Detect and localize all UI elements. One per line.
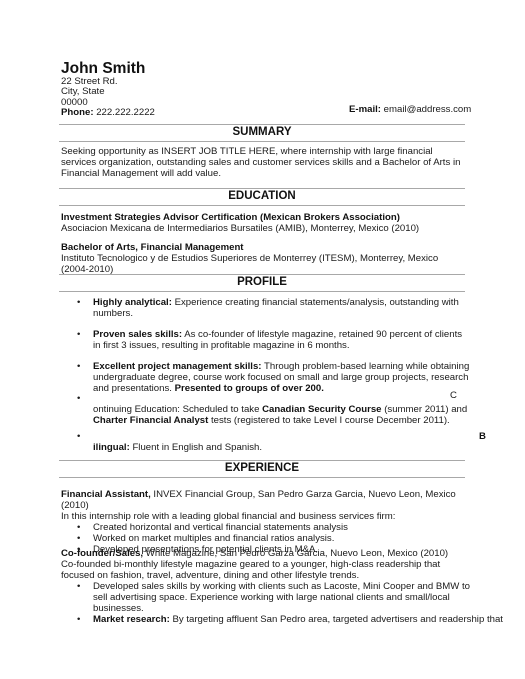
bullet-icon: • bbox=[77, 431, 80, 442]
profile-list: •Highly analytical: Experience creating … bbox=[61, 297, 471, 404]
job-heading: Co-founder/Sales, White Magazine, San Pe… bbox=[61, 548, 471, 559]
profile-item-emphasis: Presented to groups of over 200. bbox=[175, 383, 324, 394]
section-header-experience: EXPERIENCE bbox=[59, 460, 465, 478]
email-line: E-mail: email@address.com bbox=[349, 104, 471, 115]
job-bullet-text: Developed sales skills by working with c… bbox=[93, 581, 470, 614]
education-institution: Instituto Tecnologico y de Estudios Supe… bbox=[61, 253, 465, 275]
job-bullet: •Developed sales skills by working with … bbox=[61, 581, 471, 614]
bullet-icon: • bbox=[77, 522, 80, 533]
job-title: Co-founder/Sales, bbox=[61, 548, 143, 559]
text-emphasis: Charter Financial Analyst bbox=[93, 415, 208, 426]
contact-block: 22 Street Rd. City, State 00000 Phone: 2… bbox=[61, 77, 155, 118]
email-label: E-mail: bbox=[349, 104, 381, 115]
profile-item-text: ilingual: Fluent in English and Spanish. bbox=[93, 442, 475, 453]
education-entry: Bachelor of Arts, Financial Management I… bbox=[61, 242, 465, 275]
job-bullet-text: Created horizontal and vertical financia… bbox=[93, 522, 348, 533]
bullet-icon: • bbox=[77, 533, 80, 544]
job-entry: Co-founder/Sales, White Magazine, San Pe… bbox=[61, 548, 471, 625]
job-title: Financial Assistant, bbox=[61, 489, 151, 500]
text-segment: tests (registered to take Level I course… bbox=[208, 415, 449, 426]
job-bullet: •Worked on market multiples and financia… bbox=[61, 533, 465, 544]
education-institution: Asociacion Mexicana de Intermediarios Bu… bbox=[61, 223, 465, 234]
bullet-icon: • bbox=[77, 393, 80, 404]
summary-text: Seeking opportunity as INSERT JOB TITLE … bbox=[61, 146, 465, 179]
job-entry: Financial Assistant, INVEX Financial Gro… bbox=[61, 489, 465, 555]
phone-label: Phone: bbox=[61, 107, 94, 118]
job-bullet-lead: Market research: bbox=[93, 614, 170, 625]
profile-item: •Highly analytical: Experience creating … bbox=[61, 297, 471, 319]
bullet-icon: • bbox=[77, 581, 80, 592]
job-bullet-text: By targeting affluent San Pedro area, ta… bbox=[170, 614, 503, 625]
text-segment: (summer 2011) and bbox=[382, 404, 468, 415]
education-degree: Investment Strategies Advisor Certificat… bbox=[61, 212, 465, 223]
profile-item: •Proven sales skills: As co-founder of l… bbox=[61, 329, 471, 351]
job-bullet-text: Worked on market multiples and financial… bbox=[93, 533, 334, 544]
text-segment: ontinuing Education: Scheduled to take bbox=[93, 404, 262, 415]
bullet-icon: • bbox=[77, 614, 80, 625]
bullet-icon: • bbox=[77, 297, 80, 308]
profile-item-text: Fluent in English and Spanish. bbox=[130, 442, 262, 453]
profile-item-lead: ilingual: bbox=[93, 442, 130, 453]
dropcap-letter: C bbox=[450, 390, 457, 401]
phone-line: Phone: 222.222.2222 bbox=[61, 108, 155, 118]
job-details: White Magazine, San Pedro Garza Garcia, … bbox=[143, 548, 448, 559]
job-bullet: •Created horizontal and vertical financi… bbox=[61, 522, 465, 533]
education-degree: Bachelor of Arts, Financial Management bbox=[61, 242, 465, 253]
section-header-education: EDUCATION bbox=[59, 188, 465, 206]
profile-item: •Excellent project management skills: Th… bbox=[61, 361, 471, 394]
phone-value: 222.222.2222 bbox=[96, 107, 155, 118]
job-bullet: •Market research: By targeting affluent … bbox=[61, 614, 471, 625]
section-header-profile: PROFILE bbox=[59, 274, 465, 292]
job-intro: In this internship role with a leading g… bbox=[61, 511, 465, 522]
bullet-icon: • bbox=[77, 329, 80, 340]
job-heading: Financial Assistant, INVEX Financial Gro… bbox=[61, 489, 465, 511]
section-header-summary: SUMMARY bbox=[59, 124, 465, 142]
email-value[interactable]: email@address.com bbox=[384, 104, 472, 115]
education-entry: Investment Strategies Advisor Certificat… bbox=[61, 212, 465, 234]
profile-item-text: ontinuing Education: Scheduled to take C… bbox=[93, 404, 475, 426]
bullet-icon: • bbox=[77, 361, 80, 372]
profile-item-lead: Highly analytical: bbox=[93, 297, 172, 308]
dropcap-letter: B bbox=[479, 431, 486, 442]
text-emphasis: Canadian Security Course bbox=[262, 404, 381, 415]
profile-item-lead: Proven sales skills: bbox=[93, 329, 182, 340]
job-intro: Co-founded bi-monthly lifestyle magazine… bbox=[61, 559, 471, 581]
profile-item-lead: Excellent project management skills: bbox=[93, 361, 262, 372]
summary-paragraph: Seeking opportunity as INSERT JOB TITLE … bbox=[61, 146, 465, 179]
